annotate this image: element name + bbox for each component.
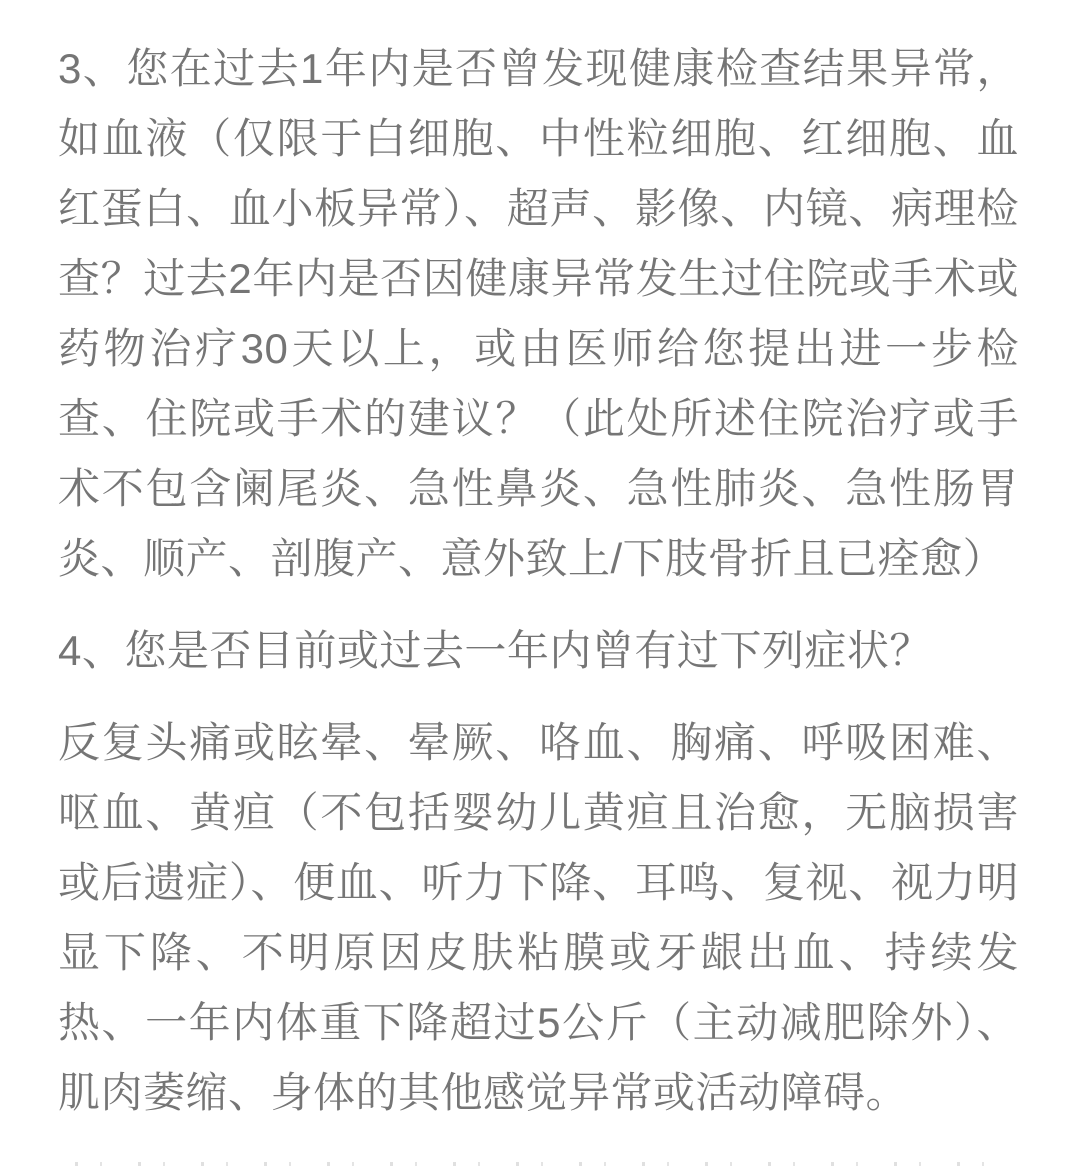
question-3-text: 3、您在过去1年内是否曾发现健康检查结果异常，如血液（仅限于白细胞、中性粒细胞、… bbox=[58, 34, 1019, 594]
question-4-symptoms-text: 反复头痛或眩晕、晕厥、咯血、胸痛、呼吸困难、呕血、黄疸（不包括婴幼儿黄疸且治愈，… bbox=[58, 708, 1019, 1128]
questionnaire-page: 3、您在过去1年内是否曾发现健康检查结果异常，如血液（仅限于白细胞、中性粒细胞、… bbox=[0, 0, 1067, 1150]
clipped-next-line bbox=[58, 1162, 1019, 1166]
question-4-heading: 4、您是否目前或过去一年内曾有过下列症状？ bbox=[58, 616, 1019, 686]
